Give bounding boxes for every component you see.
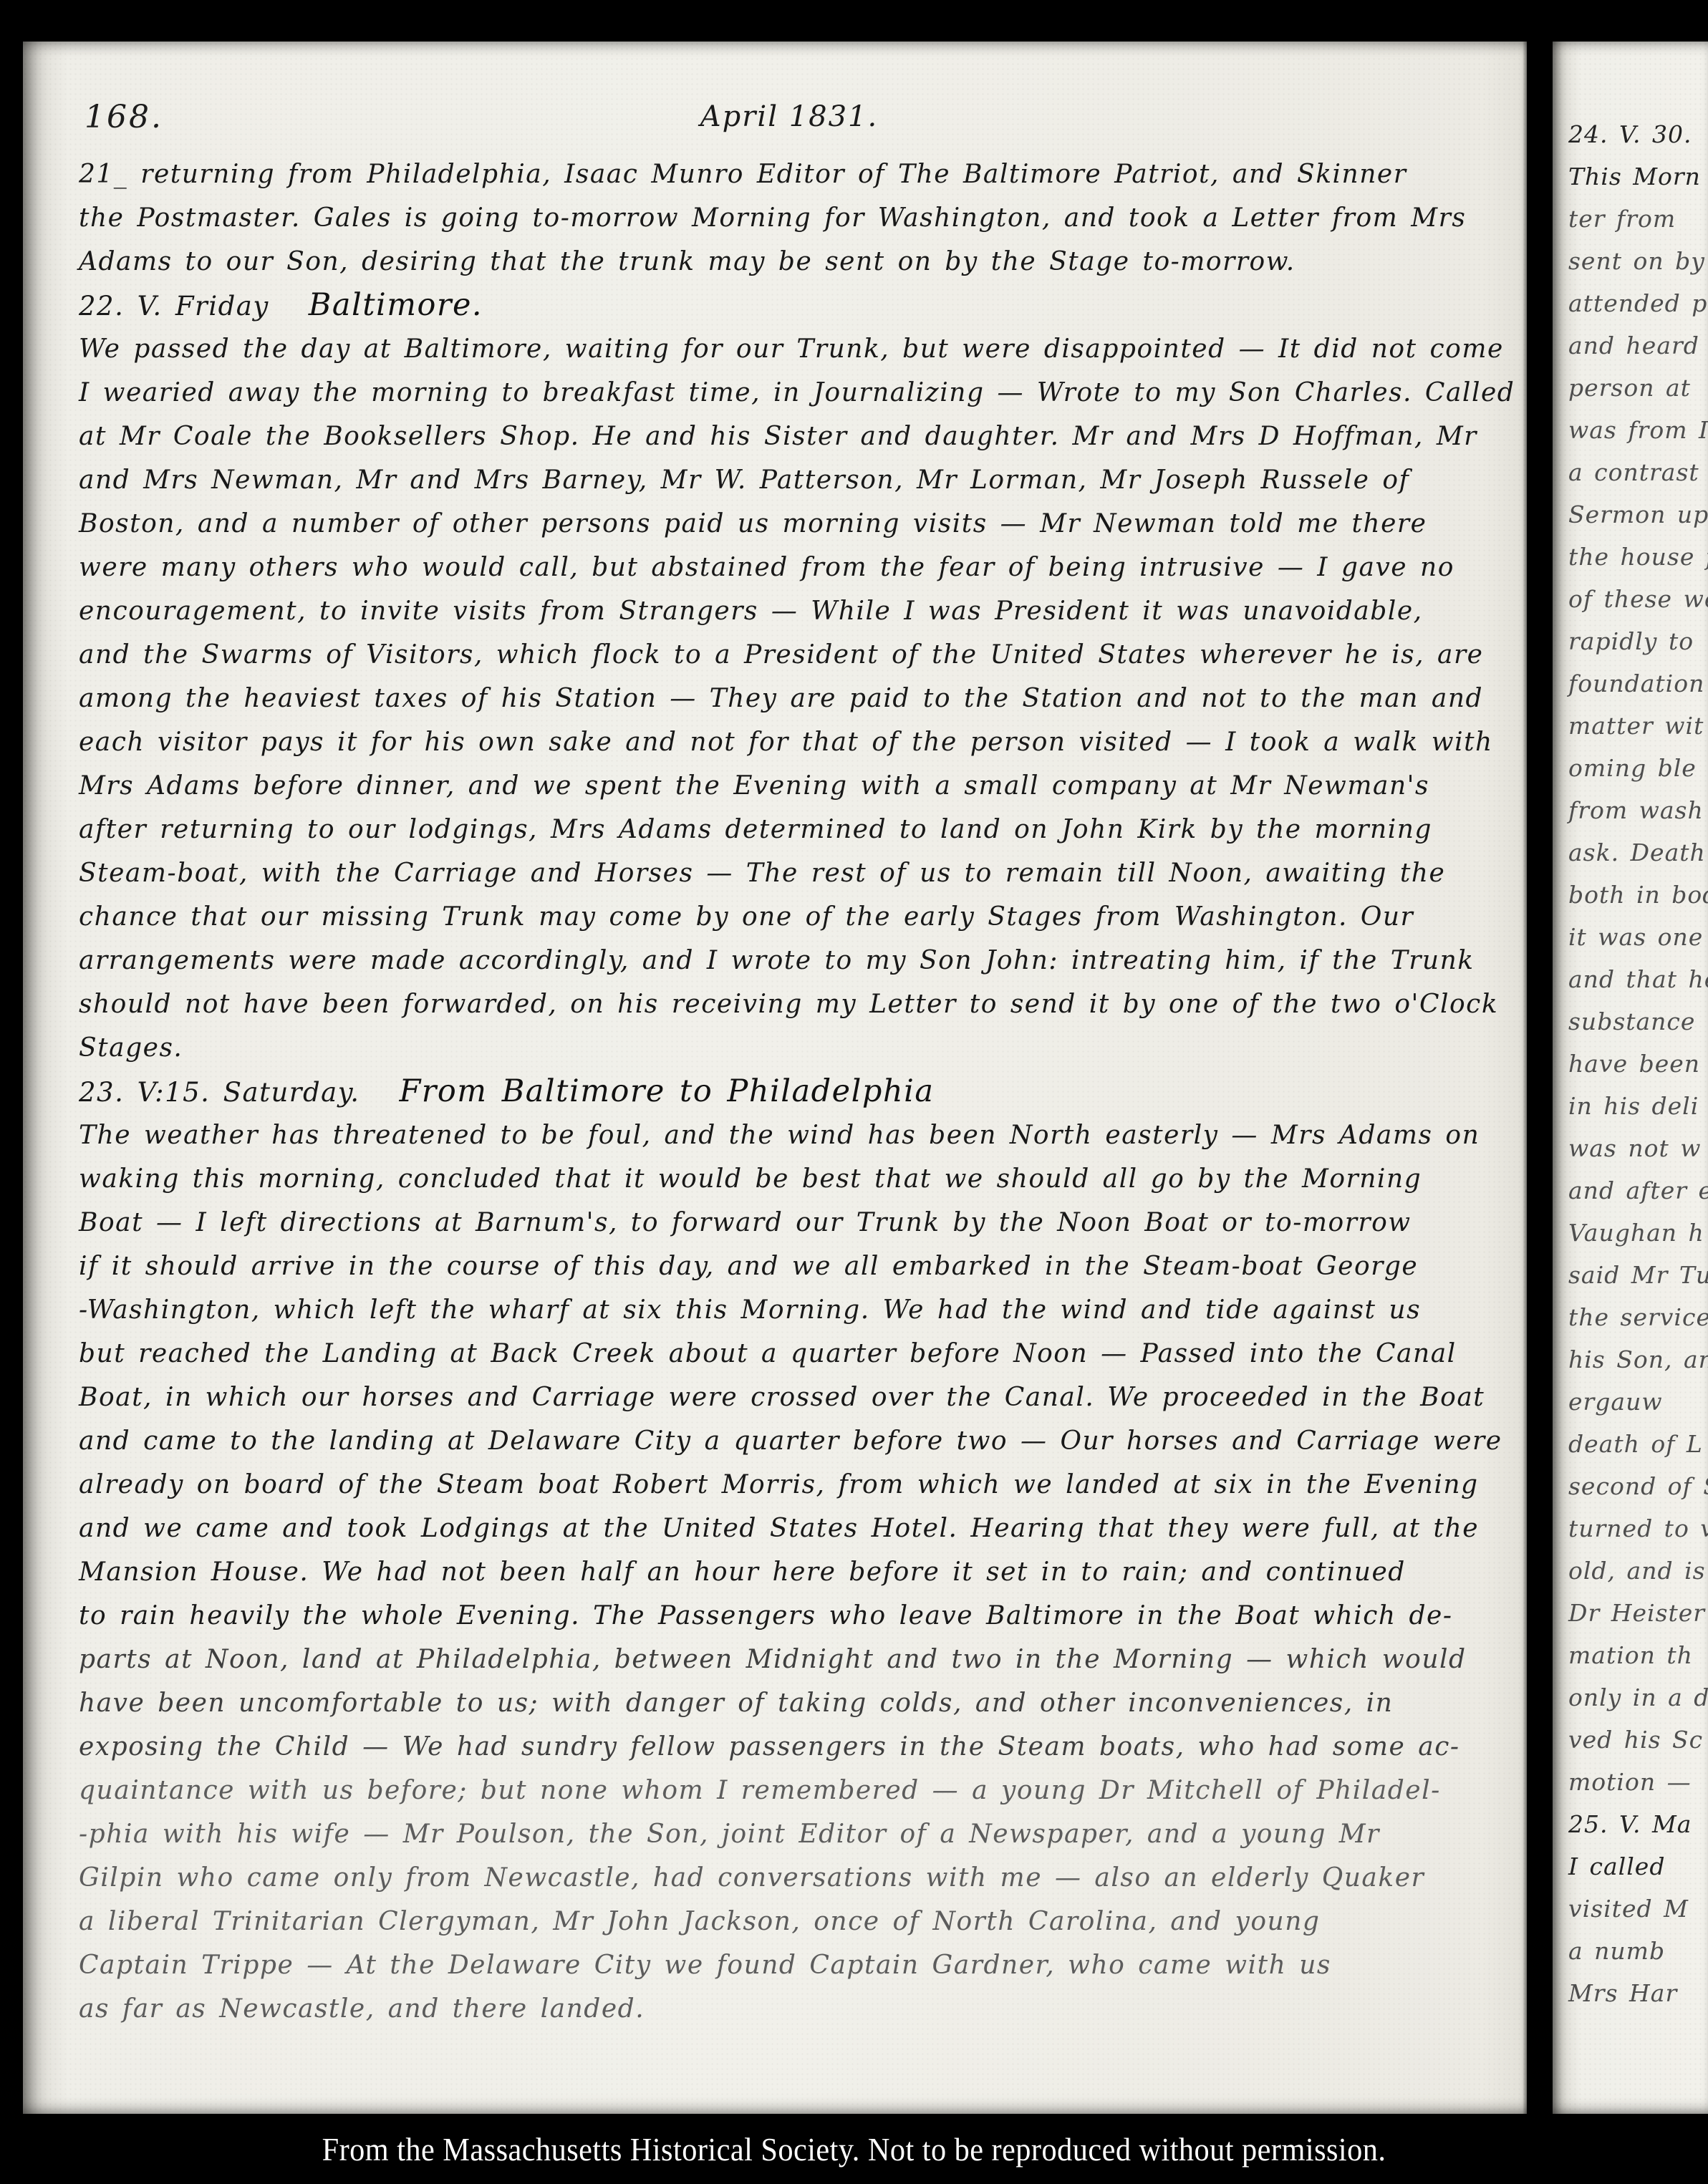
facing-page-line-fragment: the house fo: [1553, 536, 1708, 578]
facing-page-line-fragment: was not w: [1553, 1127, 1708, 1169]
diary-line: parts at Noon, land at Philadelphia, bet…: [79, 1638, 1500, 1681]
facing-page-line-fragment: in his deli: [1553, 1085, 1708, 1127]
facing-page-line-fragment: visited M: [1553, 1888, 1708, 1930]
facing-page-line-fragment: This Morn: [1553, 155, 1708, 198]
facing-page-line-fragment: death of L: [1553, 1423, 1708, 1465]
entry-date-label: 22. V. Friday: [79, 291, 269, 322]
diary-line: already on board of the Steam boat Rober…: [79, 1463, 1500, 1507]
diary-line: at Mr Coale the Booksellers Shop. He and…: [79, 415, 1500, 458]
page-number: 168.: [85, 99, 163, 135]
diary-line: among the heaviest taxes of his Station …: [79, 677, 1500, 720]
diary-line: but reached the Landing at Back Creek ab…: [79, 1332, 1500, 1376]
diary-line: quaintance with us before; but none whom…: [79, 1769, 1500, 1812]
book-gutter: [1523, 29, 1554, 2127]
facing-page-line-fragment: both in bod: [1553, 874, 1708, 916]
entry-place-label: Baltimore.: [309, 287, 483, 323]
facing-page-line-fragment: of these wer: [1553, 578, 1708, 620]
diary-line: and Mrs Newman, Mr and Mrs Barney, Mr W.…: [79, 458, 1500, 502]
facing-page-line-fragment: matter wit: [1553, 705, 1708, 747]
facing-page-line-fragment: 24. V. 30.: [1553, 113, 1708, 155]
diary-line: Adams to our Son, desiring that the trun…: [79, 240, 1500, 284]
diary-line: a liberal Trinitarian Clergyman, Mr John…: [79, 1900, 1500, 1943]
facing-page-line-fragment: I called: [1553, 1845, 1708, 1888]
facing-page-line-fragment: only in a d: [1553, 1676, 1708, 1719]
facing-page-line-fragment: turned to v: [1553, 1507, 1708, 1550]
facing-page-line-fragment: person at: [1553, 367, 1708, 409]
facing-page-line-fragment: mation th: [1553, 1634, 1708, 1676]
diary-line: Boat — I left directions at Barnum's, to…: [79, 1201, 1500, 1245]
facing-page-line-fragment: attended p: [1553, 282, 1708, 324]
facing-page-line-fragment: have been: [1553, 1043, 1708, 1085]
facing-page-line-fragment: oming ble: [1553, 747, 1708, 789]
diary-line: Mansion House. We had not been half an h…: [79, 1550, 1500, 1594]
diary-line: Captain Trippe — At the Delaware City we…: [79, 1943, 1500, 1987]
facing-page-line-fragment: Sermon up: [1553, 493, 1708, 536]
facing-page-line-fragment: foundation: [1553, 662, 1708, 705]
diary-line: Mrs Adams before dinner, and we spent th…: [79, 764, 1500, 808]
facing-page-line-fragment: rapidly to: [1553, 620, 1708, 662]
diary-line: I wearied away the morning to breakfast …: [79, 371, 1500, 415]
facing-page-line-fragment: motion —: [1553, 1761, 1708, 1803]
diary-line: after returning to our lodgings, Mrs Ada…: [79, 808, 1500, 851]
facing-page-line-fragment: sent on by: [1553, 240, 1708, 282]
diary-line: -phia with his wife — Mr Poulson, the So…: [79, 1812, 1500, 1856]
facing-page-line-fragment: Mrs Har: [1553, 1972, 1708, 2014]
manuscript-page-content: 168. April 1831. 21_ returning from Phil…: [79, 99, 1500, 2114]
facing-page-line-fragment: Vaughan h: [1553, 1212, 1708, 1254]
diary-line: have been uncomfortable to us; with dang…: [79, 1681, 1500, 1725]
facing-page-line-fragment: said Mr Tu: [1553, 1254, 1708, 1296]
diary-line: as far as Newcastle, and there landed.: [79, 1987, 1500, 2031]
diary-line: and the Swarms of Visitors, which flock …: [79, 633, 1500, 677]
diary-line: Gilpin who came only from Newcastle, had…: [79, 1856, 1500, 1900]
facing-page-line-fragment: old, and is y: [1553, 1550, 1708, 1592]
facing-page-line-fragment: and after e: [1553, 1169, 1708, 1212]
facing-page-line-fragment: was from Is: [1553, 409, 1708, 451]
entry-date-label: 23. V:15. Saturday.: [79, 1077, 360, 1108]
page-header-row: 168. April 1831.: [79, 99, 1500, 153]
diary-line: to rain heavily the whole Evening. The P…: [79, 1594, 1500, 1638]
diary-line: Stages.: [79, 1026, 1500, 1070]
diary-line: were many others who would call, but abs…: [79, 546, 1500, 589]
diary-lines: 21_ returning from Philadelphia, Isaac M…: [79, 153, 1500, 2031]
facing-page-line-fragment: ved his Sc: [1553, 1719, 1708, 1761]
diary-line: -Washington, which left the wharf at six…: [79, 1288, 1500, 1332]
diary-line: should not have been forwarded, on his r…: [79, 982, 1500, 1026]
diary-line: Steam-boat, with the Carriage and Horses…: [79, 851, 1500, 895]
diary-line: each visitor pays it for his own sake an…: [79, 720, 1500, 764]
diary-line: waking this morning, concluded that it w…: [79, 1157, 1500, 1201]
facing-page-line-fragment: and that he: [1553, 958, 1708, 1000]
facing-page-line-fragment: substance: [1553, 1000, 1708, 1043]
scanned-diary-page: 168. April 1831. 21_ returning from Phil…: [0, 0, 1708, 2184]
diary-line: arrangements were made accordingly, and …: [79, 939, 1500, 982]
facing-page-line-fragment: the services: [1553, 1296, 1708, 1338]
diary-line: exposing the Child — We had sundry fello…: [79, 1725, 1500, 1769]
facing-page-line-fragment: his Son, and: [1553, 1338, 1708, 1381]
facing-page-edge: 24. V. 30.This Mornter fromsent on byatt…: [1553, 42, 1708, 2114]
diary-line: Boat, in which our horses and Carriage w…: [79, 1376, 1500, 1419]
facing-page-line-fragment: it was one: [1553, 916, 1708, 958]
manuscript-page: 168. April 1831. 21_ returning from Phil…: [23, 42, 1527, 2114]
diary-line: encouragement, to invite visits from Str…: [79, 589, 1500, 633]
diary-line: if it should arrive in the course of thi…: [79, 1245, 1500, 1288]
facing-page-line-fragment: a numb: [1553, 1930, 1708, 1972]
entry-place-label: From Baltimore to Philadelphia: [399, 1073, 934, 1109]
facing-page-line-fragment: 25. V. Ma: [1553, 1803, 1708, 1845]
diary-line: and we came and took Lodgings at the Uni…: [79, 1507, 1500, 1550]
attribution-credit: From the Massachusetts Historical Societ…: [322, 2130, 1386, 2168]
facing-page-line-fragment: a contrast w: [1553, 451, 1708, 493]
diary-line: and came to the landing at Delaware City…: [79, 1419, 1500, 1463]
diary-line: The weather has threatened to be foul, a…: [79, 1113, 1500, 1157]
diary-line: 22. V. FridayBaltimore.: [79, 284, 1500, 327]
footer-band: From the Massachusetts Historical Societ…: [0, 2114, 1708, 2184]
diary-line: We passed the day at Baltimore, waiting …: [79, 327, 1500, 371]
diary-line: Boston, and a number of other persons pa…: [79, 502, 1500, 546]
facing-page-line-fragment: ter from: [1553, 198, 1708, 240]
facing-page-line-fragment: ergauw: [1553, 1381, 1708, 1423]
facing-page-line-fragment: second of S: [1553, 1465, 1708, 1507]
month-year-header: April 1831.: [700, 100, 878, 133]
diary-line: 21_ returning from Philadelphia, Isaac M…: [79, 153, 1500, 196]
facing-page-line-fragment: and heard: [1553, 324, 1708, 367]
facing-page-line-fragment: Dr Heister: [1553, 1592, 1708, 1634]
facing-page-line-fragment: ask. Death: [1553, 831, 1708, 874]
diary-line: chance that our missing Trunk may come b…: [79, 895, 1500, 939]
diary-line: the Postmaster. Gales is going to-morrow…: [79, 196, 1500, 240]
diary-line: 23. V:15. Saturday.From Baltimore to Phi…: [79, 1070, 1500, 1113]
facing-page-line-fragment: from wash 10: [1553, 789, 1708, 831]
